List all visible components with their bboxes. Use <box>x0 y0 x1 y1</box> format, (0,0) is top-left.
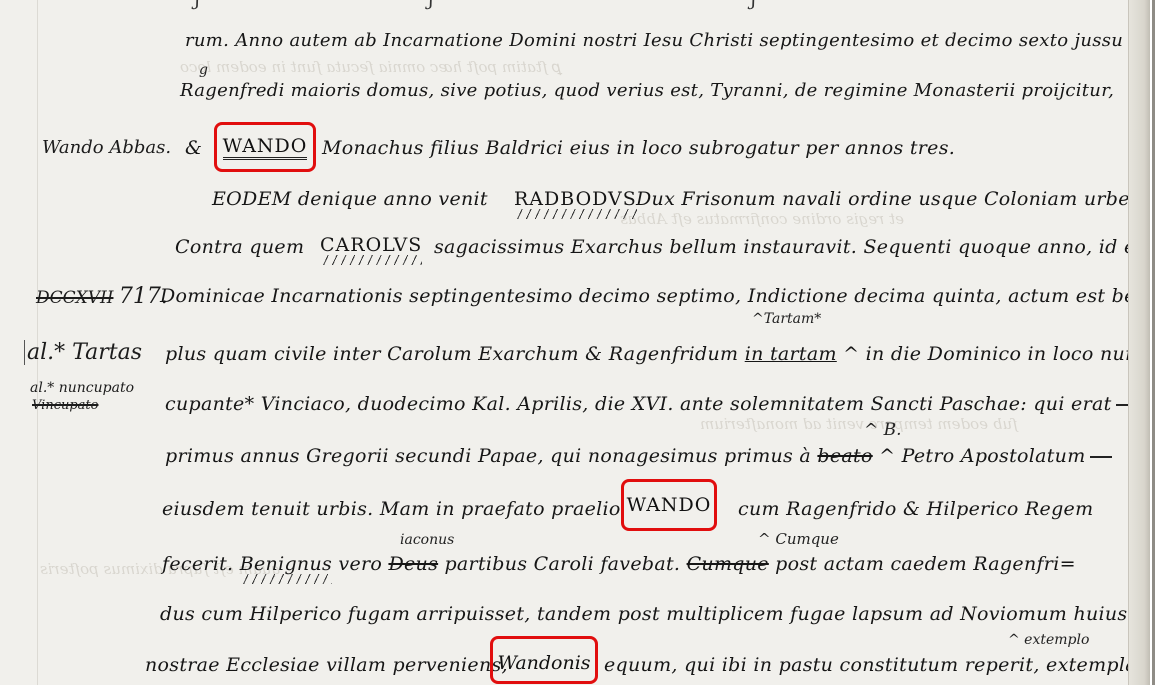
manuscript-line-3-end: Monachus filius Baldrici eius in loco su… <box>322 137 955 159</box>
manuscript-line-5-end: sagacissimus Exarchus bellum instauravit… <box>434 236 1150 258</box>
struck-in-tartam: in tartam <box>745 343 837 365</box>
manuscript-line-13-end: equum, qui ibi in pastu constitutum repe… <box>604 654 1137 676</box>
interlinear-b: ^ B. <box>864 420 902 440</box>
wandonis-name-text: Wandonis <box>497 652 590 674</box>
interlinear-iaconus: iaconus <box>400 532 454 548</box>
line-9-text: primus annus Gregorii secundi Papae, qui… <box>165 445 811 467</box>
margin-note-struck: Vincupato <box>32 398 98 413</box>
interlinear-tartam: ^Tartam* <box>752 311 821 327</box>
margin-note-wando-abbas: Wando Abbas. <box>42 137 171 158</box>
manuscript-line-10-end: cum Ragenfrido & Hilperico Regem <box>738 498 1093 520</box>
line-11-end: post actam caedem Ragenfri= <box>775 553 1076 575</box>
interlinear-correction: g <box>199 62 208 78</box>
bleed-through: ſub eodem tempore venit ad monaſterium <box>700 415 1018 433</box>
page-edge <box>1128 0 1150 685</box>
name-radbodus: RADBODVS <box>514 188 637 219</box>
interlinear-cumque: ^ Cumque <box>758 530 839 548</box>
manuscript-line-9: primus annus Gregorii secundi Papae, qui… <box>165 445 1112 467</box>
margin-note-year: DCCXVII 717. <box>36 284 168 309</box>
wando-name-text: WANDO <box>223 135 308 160</box>
margin-note-nuncupato: al.* nuncupato <box>30 380 134 396</box>
manuscript-line-5-start: Contra quem <box>175 236 304 258</box>
struck-beato: beato <box>817 445 872 467</box>
line-7-text: plus quam civile inter Carolum Exarchum … <box>165 343 738 365</box>
line-11-text: fecerit. <box>162 553 233 575</box>
highlighted-name-wando: WANDO <box>218 135 312 157</box>
line-9-continuation: ^ Petro Apostolatum <box>879 445 1085 467</box>
wando-name-text: WANDO <box>627 494 712 516</box>
manuscript-line-4-end: Dux Frisonum navali ordine usque Colonia… <box>636 188 1150 210</box>
manuscript-line-2: Ragenfredi maioris domus, sive potius, q… <box>180 80 1114 101</box>
manuscript-line-3-start: & <box>185 137 202 159</box>
bleed-through: ꝑ ſtatim poſt hæc omnia ſecuta ſunt in e… <box>180 58 562 76</box>
manuscript-line-1: rum. Anno autem ab Incarnatione Domini n… <box>185 30 1123 51</box>
page-border <box>1152 0 1155 685</box>
manuscript-line-12: dus cum Hilperico fugam arripuisset, tan… <box>160 603 1127 625</box>
manuscript-line-13-start: nostrae Ecclesiae villam perveniens, <box>145 654 508 676</box>
manuscript-line-4-name: RADBODVS <box>514 188 637 210</box>
highlighted-name-wando: WANDO <box>624 494 714 516</box>
name-benignus: Benignus <box>240 553 332 584</box>
manuscript-line-7-start: plus quam civile inter Carolum Exarchum … <box>165 343 1150 365</box>
struck-deus: Deus <box>388 553 438 575</box>
manuscript-page: ꝑ ſtatim poſt hæc omnia ſecuta ſunt in e… <box>0 0 1150 685</box>
manuscript-line-5-name: CAROLVS <box>320 234 422 256</box>
highlighted-name-wandonis: Wandonis <box>494 652 594 674</box>
partial-top-line: ʃ ʃ ʃ <box>195 0 757 10</box>
manuscript-line-4-start: EODEM denique anno venit <box>212 188 488 210</box>
bleed-through: et regis ordine confirmatus eſt Abbas <box>620 210 904 228</box>
interlinear-extemplo: ^ extemplo <box>1008 632 1089 648</box>
manuscript-line-8: cupante* Vinciaco, duodecimo Kal. Aprili… <box>165 393 1150 415</box>
name-carolus: CAROLVS <box>320 234 422 265</box>
manuscript-line-11: fecerit. Benignus vero Deus partibus Car… <box>162 553 1076 575</box>
line-8-text: cupante* Vinciaco, duodecimo Kal. Aprili… <box>165 393 1112 415</box>
line-filler-dash <box>1090 456 1112 458</box>
line-7-continuation: ^ in die Dominico in loco nun <box>843 343 1137 365</box>
struck-cumque: Cumque <box>687 553 769 575</box>
line-11-vero: vero <box>338 553 382 575</box>
manuscript-line-10-start: eiusdem tenuit urbis. Mam in praefato pr… <box>162 498 621 520</box>
struck-roman-year: DCCXVII <box>36 288 113 308</box>
line-11-middle: partibus Caroli favebat. <box>444 553 680 575</box>
margin-note-tartas: al.* Tartas <box>24 340 142 365</box>
manuscript-line-6: Dominicae Incarnationis septingentesimo … <box>160 285 1150 307</box>
